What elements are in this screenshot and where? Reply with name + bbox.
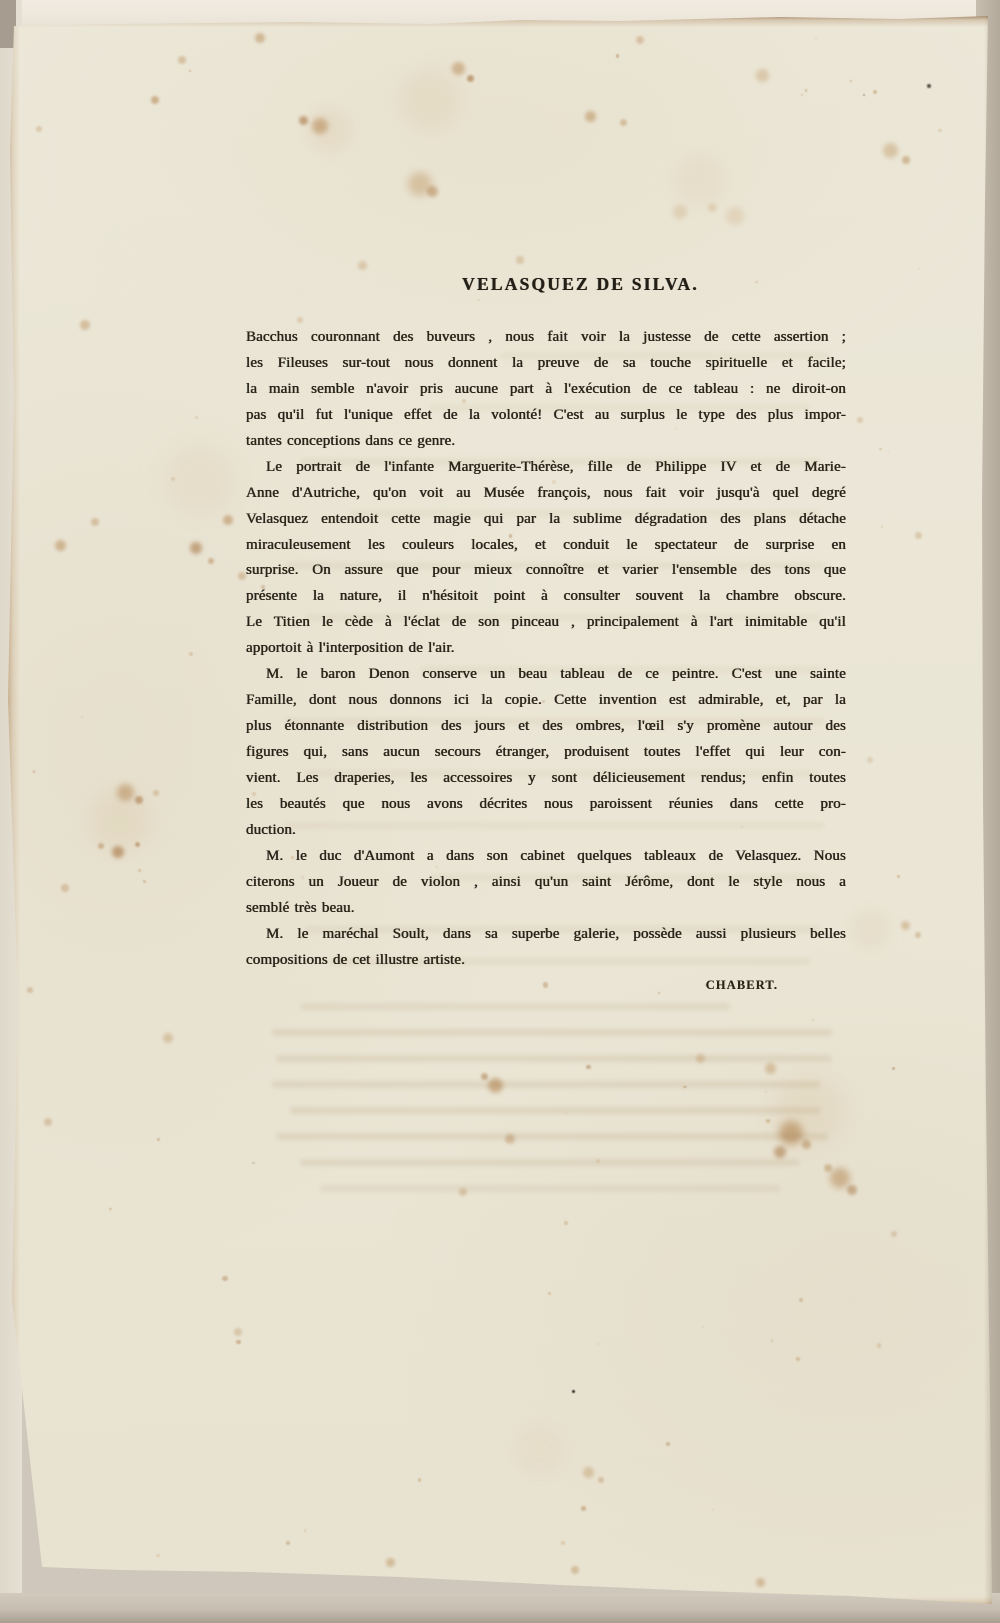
text-line: pas qu'il fut l'unique effet de la volon… [246,403,846,429]
page-title: VELASQUEZ DE SILVA. [462,272,699,296]
text-line: les beautés que nous avons décrites nous… [246,792,846,818]
text-line: la main semble n'avoir pris aucune part … [246,377,846,403]
text-line: apportoit à l'interposition de l'air. [246,636,846,662]
text-line: vient. Les draperies, les accessoires y … [246,766,846,792]
page-text: Bacchus couronnant des buveurs , nous fa… [246,325,846,999]
text-line: Bacchus couronnant des buveurs , nous fa… [246,325,846,351]
text-line: Famille, dont nous donnons ici la copie.… [246,688,846,714]
text-line: surprise. On assure que pour mieux conno… [246,558,846,584]
scan-bed-bottom-strip [0,1593,1000,1623]
signature: CHABERT. [246,973,846,999]
text-line: citerons un Joueur de violon , ainsi qu'… [246,870,846,896]
text-line: miraculeusement les couleurs locales, et… [246,533,846,559]
text-line: M. le baron Denon conserve un beau table… [246,662,846,688]
text-line: compositions de cet illustre artiste. [246,948,846,974]
text-line: Velasquez entendoit cette magie qui par … [246,507,846,533]
text-line: les Fileuses sur-tout nous donnent la pr… [246,351,846,377]
scanned-page: { "page": { "title": "VELASQUEZ DE SILVA… [0,0,1000,1623]
text-line: M. le maréchal Soult, dans sa superbe ga… [246,922,846,948]
text-line: M. le duc d'Aumont a dans son cabinet qu… [246,844,846,870]
text-line: Le portrait de l'infante Marguerite-Thér… [246,455,846,481]
text-line: Anne d'Autriche, qu'on voit au Musée fra… [246,481,846,507]
text-line: duction. [246,818,846,844]
text-line: présente la nature, il n'hésitoit point … [246,584,846,610]
text-line: Le Titien le cède à l'éclat de son pince… [246,610,846,636]
text-line: tantes conceptions dans ce genre. [246,429,846,455]
page-paper: VELASQUEZ DE SILVA. Bacchus couronnant d… [0,0,1000,1623]
text-line: semblé très beau. [246,896,846,922]
text-line: figures qui, sans aucun secours étranger… [246,740,846,766]
text-line: plus étonnante distribution des jours et… [246,714,846,740]
